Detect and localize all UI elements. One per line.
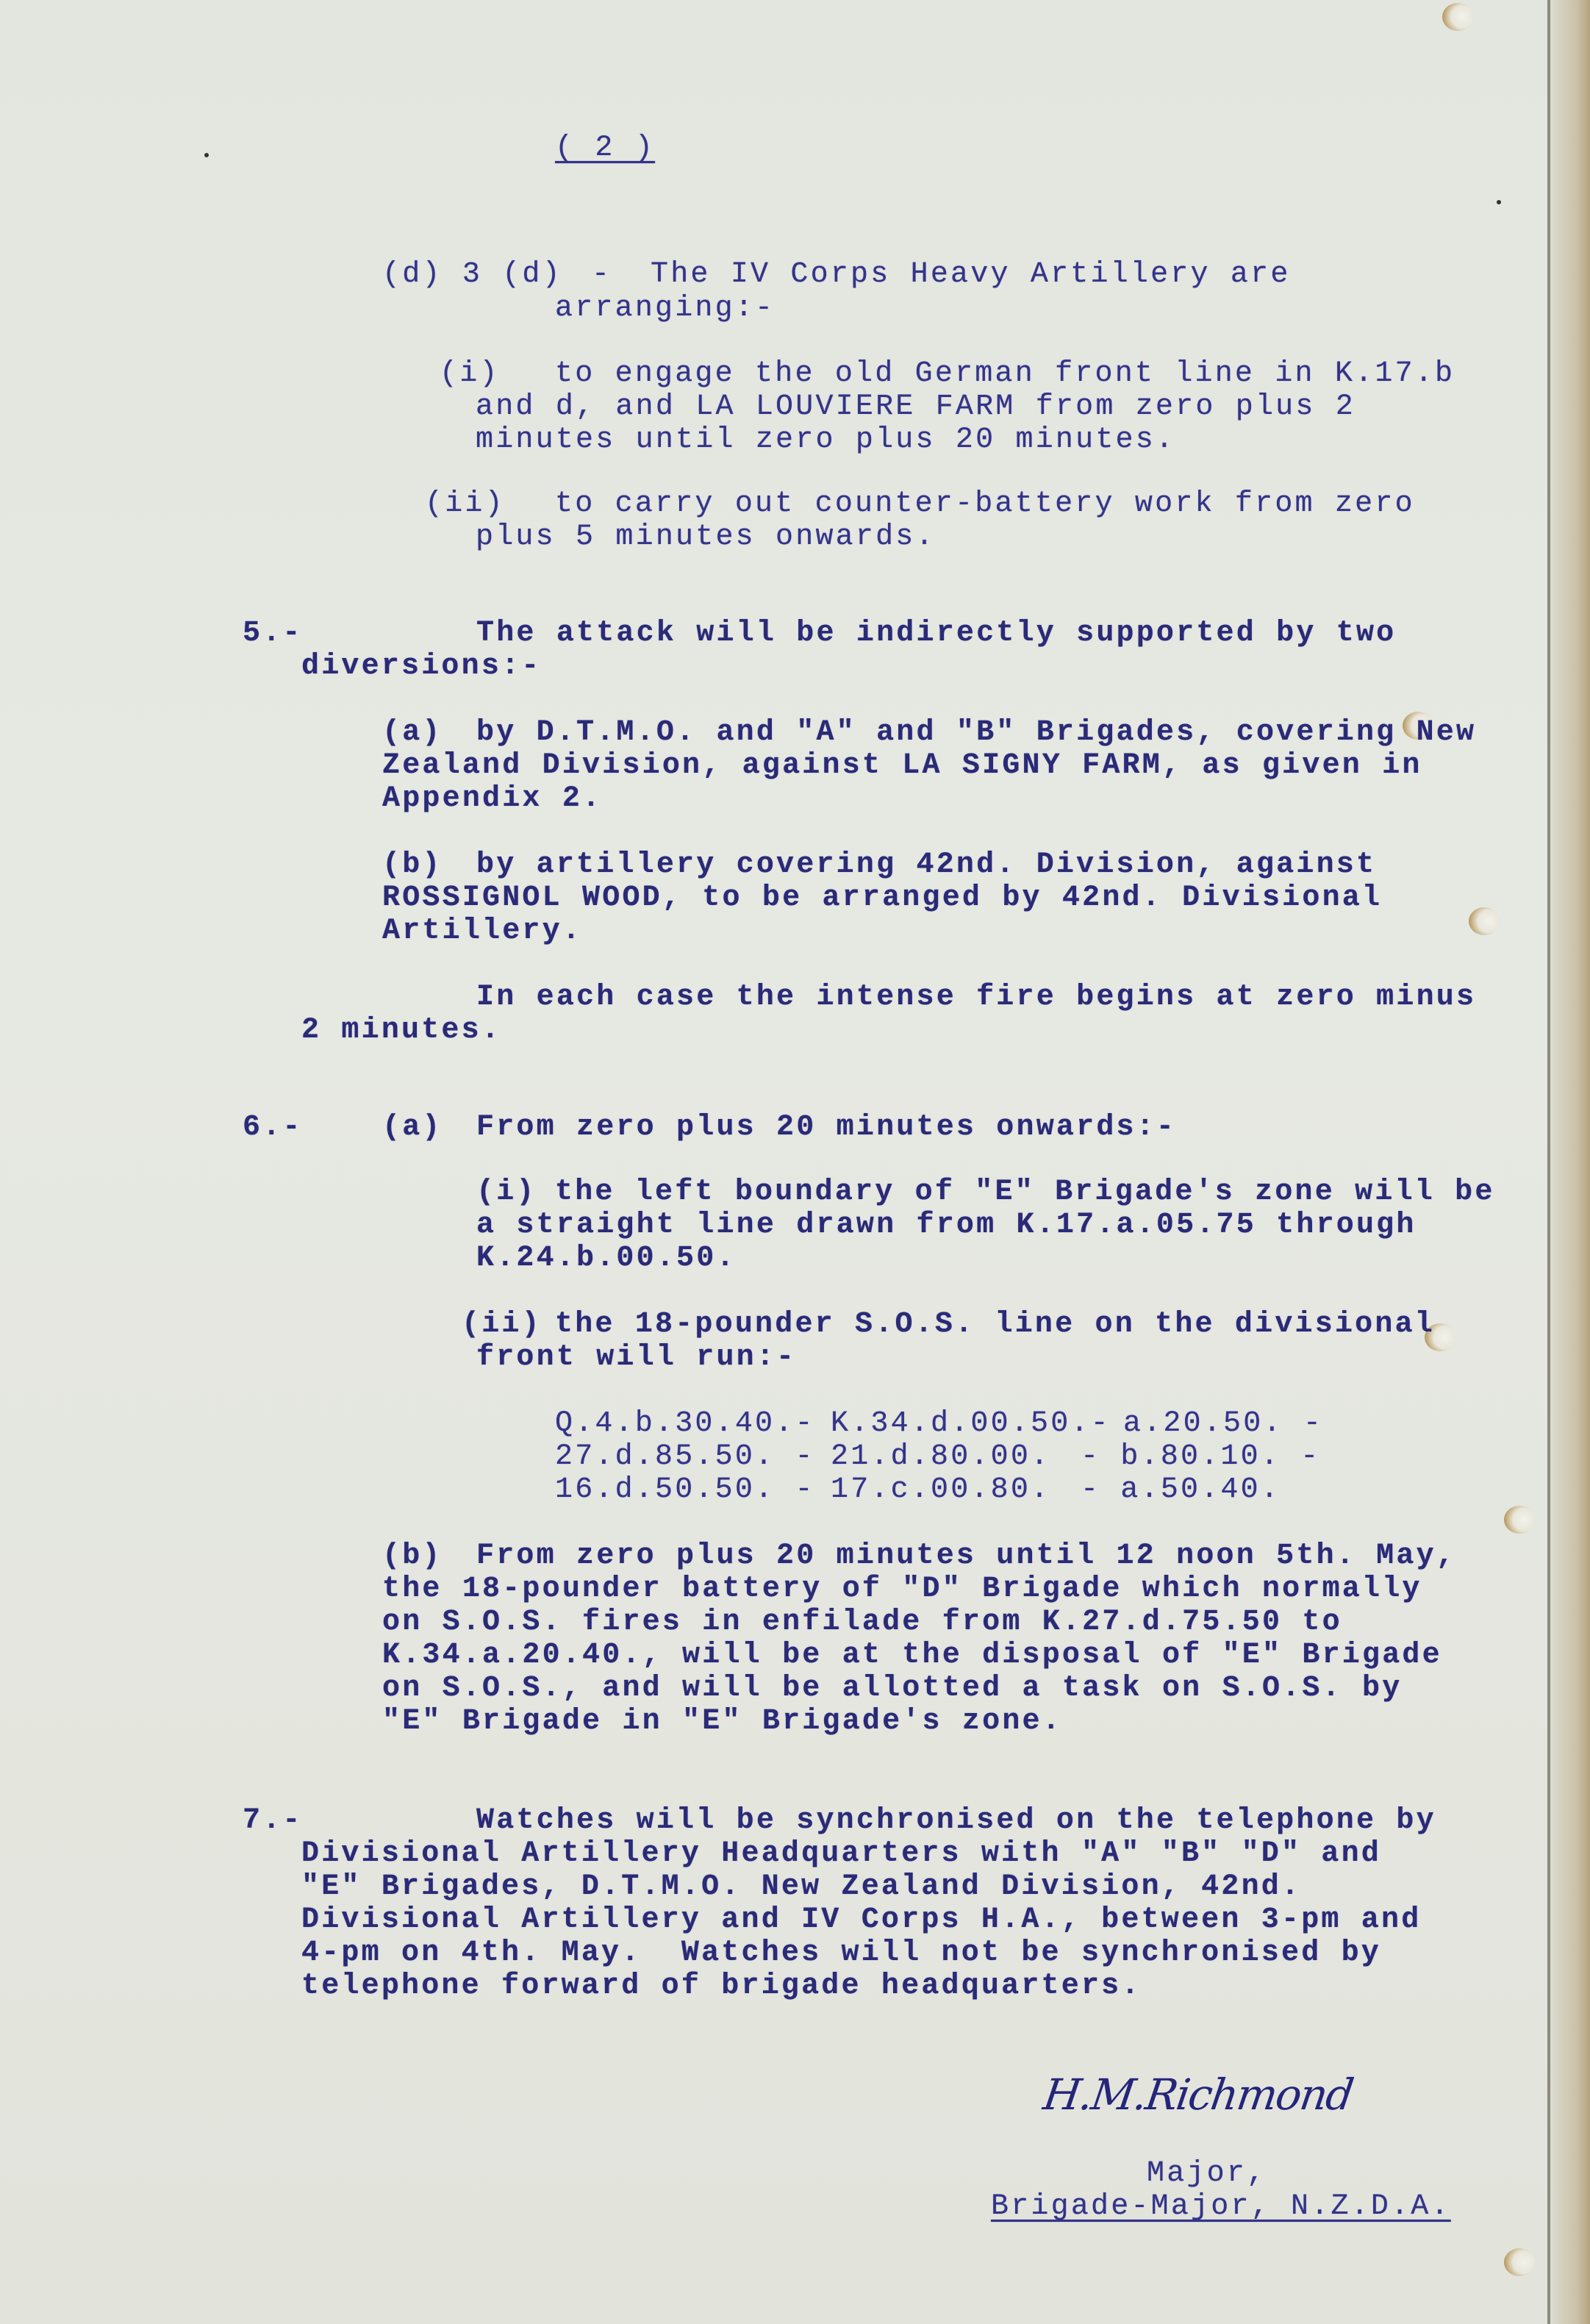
item-text: Zealand Division, against LA SIGNY FARM,… xyxy=(382,750,1422,782)
sos-coord: 21.d.80.00. xyxy=(831,1441,1050,1473)
ink-speck xyxy=(204,153,209,157)
item-text: by artillery covering 42nd. Division, ag… xyxy=(476,849,1376,882)
signatory-title: Brigade-Major, N.Z.D.A. xyxy=(991,2191,1451,2223)
item-text: plus 5 minutes onwards. xyxy=(476,521,936,554)
sos-coord: Q.4.b.30.40.- xyxy=(555,1408,815,1440)
item-text: ROSSIGNOL WOOD, to be arranged by 42nd. … xyxy=(382,882,1382,915)
section-5-intro: diversions:- xyxy=(301,651,541,683)
item-text: front will run:- xyxy=(476,1342,796,1374)
sos-coord: K.34.d.00.50.- xyxy=(831,1408,1111,1440)
item-text: the 18-pounder battery of "D" Brigade wh… xyxy=(382,1573,1422,1606)
item-text: the 18-pounder S.O.S. line on the divisi… xyxy=(555,1309,1435,1341)
item-text: the left boundary of "E" Brigade's zone … xyxy=(555,1176,1495,1209)
item-text: and d, and LA LOUVIERE FARM from zero pl… xyxy=(476,391,1356,423)
item-text: "E" Brigade in "E" Brigade's zone. xyxy=(382,1706,1062,1738)
item-label: (ii) xyxy=(425,488,505,521)
section-7-text: telephone forward of brigade headquarter… xyxy=(301,1970,1142,2003)
item-text: by D.T.M.O. and "A" and "B" Brigades, co… xyxy=(476,717,1476,749)
item-text: Artillery. xyxy=(382,915,582,948)
item-label: (a) xyxy=(382,717,443,749)
section-4d-dash: - xyxy=(592,259,612,291)
sos-coord: 27.d.85.50. - xyxy=(555,1441,815,1473)
section-5-intro: The attack will be indirectly supported … xyxy=(476,618,1396,650)
section-4d-intro: The IV Corps Heavy Artillery are xyxy=(651,259,1291,291)
signatory-rank: Major, xyxy=(1147,2158,1267,2190)
item-label: (b) xyxy=(382,1540,443,1573)
section-6a-heading: From zero plus 20 minutes onwards:- xyxy=(476,1112,1176,1144)
punch-hole xyxy=(1504,1506,1535,1534)
section-number: 6.- xyxy=(243,1112,303,1144)
sos-coord: 16.d.50.50. - xyxy=(555,1474,815,1506)
item-text: to engage the old German front line in K… xyxy=(555,358,1455,390)
sos-coord: a.20.50. - xyxy=(1123,1408,1323,1440)
item-text: to carry out counter-battery work from z… xyxy=(555,488,1415,521)
item-label: (i) xyxy=(476,1176,537,1209)
sos-coord: - b.80.10. - xyxy=(1081,1441,1320,1473)
page-number: ( 2 ) xyxy=(555,132,655,165)
sos-coord: 17.c.00.80. xyxy=(831,1474,1050,1506)
item-label: (a) xyxy=(382,1112,443,1144)
item-text: From zero plus 20 minutes until 12 noon … xyxy=(476,1540,1456,1573)
section-7-text: 4-pm on 4th. May. Watches will not be sy… xyxy=(301,1937,1381,1970)
section-5-closing: 2 minutes. xyxy=(301,1015,501,1047)
item-label: (b) xyxy=(382,849,443,882)
item-text: minutes until zero plus 20 minutes. xyxy=(476,424,1175,457)
item-text: K.24.b.00.50. xyxy=(476,1243,737,1275)
section-7-text: Divisional Artillery Headquarters with "… xyxy=(301,1838,1381,1870)
section-7-text: "E" Brigades, D.T.M.O. New Zealand Divis… xyxy=(301,1871,1301,1903)
underlying-sheet xyxy=(1550,0,1590,2324)
punch-hole xyxy=(1442,3,1473,31)
item-label: (ii) xyxy=(462,1309,542,1341)
section-4d-intro: arranging:- xyxy=(555,293,775,325)
item-text: on S.O.S., and will be allotted a task o… xyxy=(382,1673,1402,1705)
punch-hole xyxy=(1469,907,1500,935)
item-text: a straight line drawn from K.17.a.05.75 … xyxy=(476,1209,1417,1242)
section-7-text: Divisional Artillery and IV Corps H.A., … xyxy=(301,1904,1421,1937)
item-text: Appendix 2. xyxy=(382,783,602,815)
section-number: 5.- xyxy=(243,618,303,650)
sos-coord: - a.50.40. xyxy=(1081,1474,1281,1506)
ink-speck xyxy=(1497,200,1501,204)
section-number: 7.- xyxy=(243,1805,303,1837)
punch-hole xyxy=(1504,2248,1535,2276)
section-5-closing: In each case the intense fire begins at … xyxy=(476,982,1476,1014)
item-text: K.34.a.20.40., will be at the disposal o… xyxy=(382,1640,1442,1672)
item-label: (i) xyxy=(440,358,500,390)
section-7-text: Watches will be synchronised on the tele… xyxy=(476,1805,1436,1837)
section-4d-label: (d) 3 (d) xyxy=(382,259,562,291)
handwritten-signature: H.M.Richmond xyxy=(1040,2070,1356,2120)
item-text: on S.O.S. fires in enfilade from K.27.d.… xyxy=(382,1606,1342,1639)
